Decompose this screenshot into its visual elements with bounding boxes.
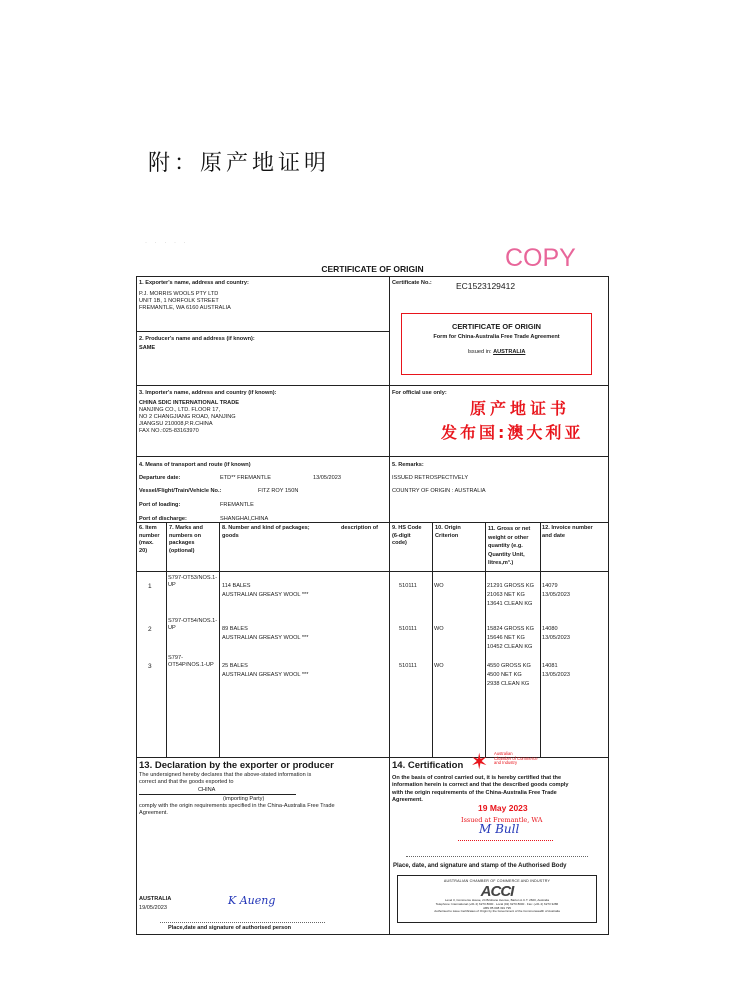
issued-value: AUSTRALIA — [493, 349, 525, 355]
loading-label: Port of loading: — [139, 502, 180, 509]
header-origin-criterion: 10. OriginCriterion — [435, 525, 461, 540]
box1-label: 1. Exporter's name, address and country: — [139, 280, 249, 287]
header-quantity: 11. Gross or netweight or otherquantity … — [488, 525, 530, 568]
row-criterion: WO — [434, 663, 444, 670]
discharge-value: SHANGHAI,CHINA — [220, 516, 268, 523]
col-divider — [166, 522, 167, 757]
cert-box-title: CERTIFICATE OF ORIGIN — [402, 322, 591, 331]
declaration-date: 19/05/2023 — [139, 905, 167, 912]
divider-1-2 — [136, 331, 389, 332]
row-quantity-clean: 2938 CLEAN KG — [487, 681, 529, 688]
departure-date: 13/05/2023 — [313, 475, 341, 482]
row-packages: 25 BALES — [222, 663, 248, 670]
row-quantity-gross: 21291 GROSS KG — [487, 583, 534, 590]
certification-date: 19 May 2023 — [478, 803, 528, 813]
vessel-value: FITZ ROY — [258, 488, 283, 495]
importer-line: FAX NO.:025-83163970 — [139, 428, 199, 435]
declaration-text: correct and that the goods exported to — [139, 779, 234, 786]
row-quantity-clean: 13641 CLEAN KG — [487, 601, 532, 608]
box2-label: 2. Producer's name and address (if known… — [139, 336, 255, 343]
divider-3-4 — [136, 456, 609, 457]
producer-value: SAME — [139, 345, 155, 352]
box5-label: 5. Remarks: — [392, 462, 424, 469]
official-use-label: For official use only: — [392, 390, 447, 397]
box14-footer: Place, date, and signature and stamp of … — [393, 863, 566, 870]
scan-noise: · · · · · — [145, 240, 189, 246]
box14-heading: 14. Certification — [392, 760, 463, 771]
divider-table-body — [136, 571, 609, 572]
row-hs-code: 510111 — [399, 626, 417, 633]
row-packages: 114 BALES — [222, 583, 251, 590]
certifier-line — [458, 840, 553, 841]
col-divider — [540, 522, 541, 757]
row-invoice-number: 14080 — [542, 626, 558, 633]
header-hs-code: 9. HS Code(6-digitcode) — [392, 525, 422, 548]
divider-table-head — [136, 522, 609, 523]
row-packages: 89 BALES — [222, 626, 248, 633]
col-divider — [219, 522, 220, 757]
row-quantity-net: 4500 NET KG — [487, 672, 522, 679]
row-invoice-number: 14079 — [542, 583, 558, 590]
row-description: AUSTRALIAN GREASY WOOL *** — [222, 592, 308, 599]
chamber-star-icon: ✶ — [470, 751, 488, 773]
declaration-text: comply with the origin requirements spec… — [139, 803, 335, 810]
row-description: AUSTRALIAN GREASY WOOL *** — [222, 672, 308, 679]
certificate-no-value: EC1523129412 — [456, 283, 515, 290]
departure-label: Departure date: — [139, 475, 180, 482]
remark-line: COUNTRY OF ORIGIN : AUSTRALIA — [392, 488, 486, 495]
certification-text: On the basis of control carried out, it … — [392, 775, 569, 805]
row-marks: UP — [168, 582, 176, 589]
divider-2-3 — [136, 385, 609, 386]
vessel-label: Vessel/Flight/Train/Vehicle No.: — [139, 488, 221, 495]
row-criterion: WO — [434, 583, 444, 590]
certificate-no-label: Certificate No.: — [392, 280, 432, 287]
acci-authorised: Authorised to issue Certificates of Orig… — [398, 910, 596, 914]
exporter-signature: K Aueng — [228, 894, 275, 907]
box13-heading: 13. Declaration by the exporter or produ… — [139, 760, 334, 771]
cert-box-issued: Issued in: AUSTRALIA — [402, 349, 591, 355]
row-item-number: 3 — [148, 663, 152, 670]
row-quantity-gross: 15824 GROSS KG — [487, 626, 534, 633]
issued-label: Issued in: — [468, 349, 492, 355]
header-marks: 7. Marks andnumbers onpackages(optional) — [169, 525, 203, 555]
discharge-label: Port of discharge: — [139, 516, 187, 523]
divider-vertical-top — [389, 276, 390, 522]
acci-logo: ACCI — [398, 884, 596, 899]
row-invoice-date: 13/05/2023 — [542, 635, 570, 642]
page-heading: 附：原产地证明 — [148, 146, 330, 177]
row-quantity-net: 15646 NET KG — [487, 635, 525, 642]
row-criterion: WO — [434, 626, 444, 633]
copy-stamp: COPY — [505, 244, 576, 273]
cert-box-subtitle: Form for China-Australia Free Trade Agre… — [402, 334, 591, 340]
row-item-number: 1 — [148, 583, 152, 590]
header-invoice: 12. Invoice numberand date — [542, 525, 593, 540]
row-hs-code: 510111 — [399, 583, 417, 590]
voyage-value: 150N — [285, 488, 298, 495]
row-marks: UP — [168, 625, 176, 632]
signature-line — [160, 922, 325, 923]
row-item-number: 2 — [148, 626, 152, 633]
exporter-city: FREMANTLE, WA 6160 AUSTRALIA — [139, 305, 231, 312]
declaration-text: Agreement. — [139, 810, 168, 817]
row-quantity-clean: 10452 CLEAN KG — [487, 644, 532, 651]
departure-value: ETD** FREMANTLE — [220, 475, 271, 482]
certificate-form-box: CERTIFICATE OF ORIGIN Form for China-Aus… — [401, 313, 592, 375]
acci-stamp: AUSTRALIAN CHAMBER OF COMMERCE AND INDUS… — [397, 875, 597, 923]
row-invoice-number: 14081 — [542, 663, 558, 670]
country-underline — [139, 794, 296, 795]
col-divider — [389, 522, 390, 935]
row-quantity-net: 21063 NET KG — [487, 592, 525, 599]
annotation-line2: 发布国:澳大利亚 — [441, 420, 583, 443]
chamber-stamp: AustralianChamber of Commerceand Industr… — [494, 752, 538, 766]
row-invoice-date: 13/05/2023 — [542, 592, 570, 599]
header-item-number: 6. Itemnumber(max.20) — [139, 525, 160, 555]
divider-13-14 — [136, 757, 609, 758]
col-divider — [485, 522, 486, 757]
declaration-place: AUSTRALIA — [139, 896, 171, 903]
loading-value: FREMANTLE — [220, 502, 254, 509]
row-invoice-date: 13/05/2023 — [542, 672, 570, 679]
authority-line — [406, 856, 588, 857]
row-hs-code: 510111 — [399, 663, 417, 670]
box13-footer: Place,date and signature of authorised p… — [168, 925, 291, 932]
header-description-of: description of — [341, 525, 378, 532]
row-quantity-gross: 4550 GROSS KG — [487, 663, 531, 670]
row-marks: OT54P/NOS.1-UP — [168, 662, 214, 669]
box4-label: 4. Means of transport and route (if know… — [139, 462, 251, 469]
col-divider — [432, 522, 433, 757]
row-description: AUSTRALIAN GREASY WOOL *** — [222, 635, 308, 642]
box3-label: 3. Importer's name, address and country … — [139, 390, 276, 397]
header-packages: 8. Number and kind of packages;goods — [222, 525, 310, 540]
remark-line: ISSUED RETROSPECTIVELY — [392, 475, 468, 482]
annotation-line1: 原产地证书 — [470, 396, 570, 419]
certifier-signature: M Bull — [479, 822, 519, 836]
